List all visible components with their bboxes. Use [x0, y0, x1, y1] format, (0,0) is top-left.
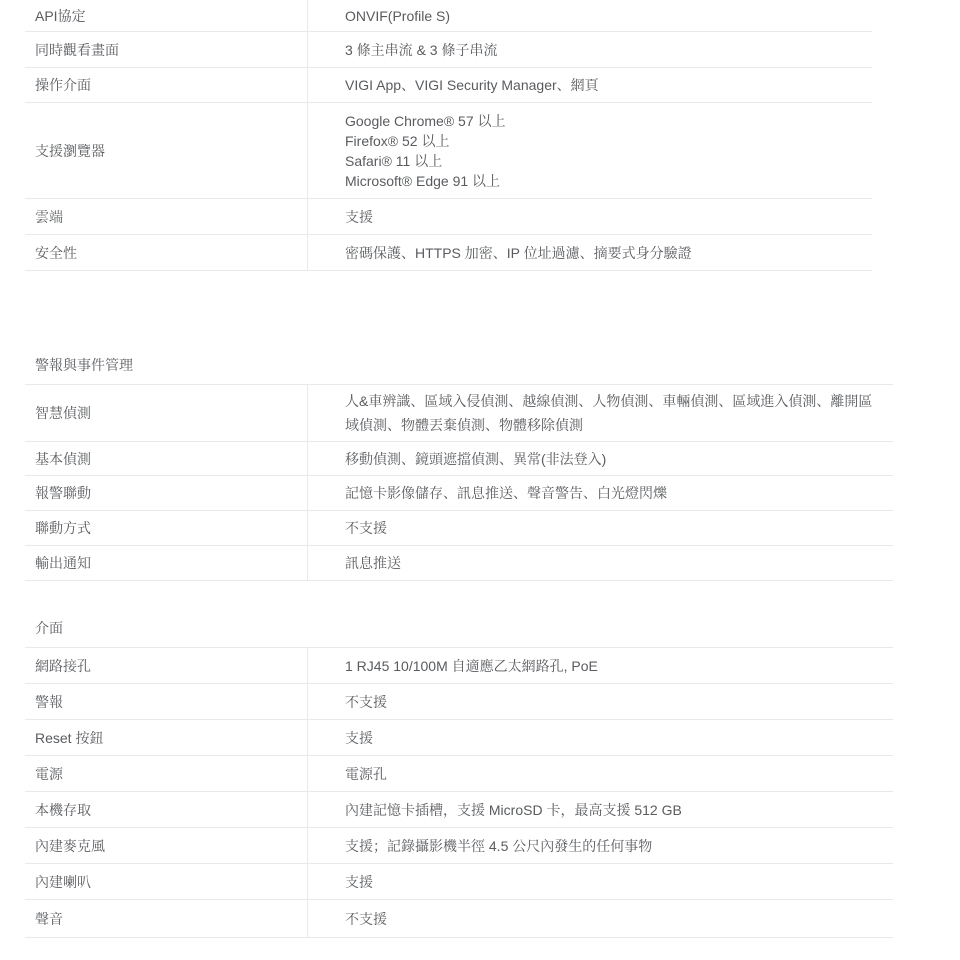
spec-value: 內建記憶卡插槽，支援 MicroSD 卡，最高支援 512 GB — [307, 792, 893, 827]
spec-value: 記憶卡影像儲存、訊息推送、聲音警告、白光燈閃爍 — [307, 476, 893, 510]
spec-row: 操作介面 VIGI App、VIGI Security Manager、網頁 — [25, 68, 872, 103]
spec-value: 移動偵測、鏡頭遮擋偵測、異常(非法登入) — [307, 442, 893, 475]
spec-row: 內建麥克風 支援；記錄攝影機半徑 4.5 公尺內發生的任何事物 — [25, 828, 893, 864]
spec-value: 支援 — [307, 720, 893, 755]
spec-value: 密碼保護、HTTPS 加密、IP 位址過濾、摘要式身分驗證 — [307, 235, 872, 270]
spec-table-system: API協定 ONVIF(Profile S) 同時觀看畫面 3 條主串流 & 3… — [25, 0, 872, 271]
spec-label: API協定 — [25, 0, 307, 31]
browser-line: Firefox® 52 以上 — [345, 131, 864, 151]
spec-value: 電源孔 — [307, 756, 893, 791]
spec-label: Reset 按鈕 — [25, 720, 307, 755]
spec-value: VIGI App、VIGI Security Manager、網頁 — [307, 68, 872, 102]
spec-value: 人&車辨識、區域入侵偵測、越線偵測、人物偵測、車輛偵測、區域進入偵測、離開區域偵… — [307, 385, 893, 441]
spec-label: 輸出通知 — [25, 546, 307, 580]
section-title-alarm-events: 警報與事件管理 — [25, 355, 893, 385]
spec-value: 不支援 — [307, 684, 893, 719]
spec-row: 電源 電源孔 — [25, 756, 893, 792]
spec-value: 支援 — [307, 199, 872, 234]
spec-label: 雲端 — [25, 199, 307, 234]
spec-row: 支援瀏覽器 Google Chrome® 57 以上 Firefox® 52 以… — [25, 103, 872, 199]
spec-value: 不支援 — [307, 900, 893, 937]
spec-value: 1 RJ45 10/100M 自適應乙太網路孔, PoE — [307, 648, 893, 683]
spec-value: ONVIF(Profile S) — [307, 0, 872, 31]
spec-row: 基本偵測 移動偵測、鏡頭遮擋偵測、異常(非法登入) — [25, 442, 893, 476]
browser-line: Microsoft® Edge 91 以上 — [345, 171, 864, 191]
spec-row: 智慧偵測 人&車辨識、區域入侵偵測、越線偵測、人物偵測、車輛偵測、區域進入偵測、… — [25, 385, 893, 442]
spec-label: 支援瀏覽器 — [25, 103, 307, 198]
spec-row: 本機存取 內建記憶卡插槽，支援 MicroSD 卡，最高支援 512 GB — [25, 792, 893, 828]
spec-value: 不支援 — [307, 511, 893, 545]
spec-label: 本機存取 — [25, 792, 307, 827]
spec-label: 安全性 — [25, 235, 307, 270]
section-title-interface: 介面 — [25, 618, 893, 648]
spec-label: 警報 — [25, 684, 307, 719]
spec-row: 內建喇叭 支援 — [25, 864, 893, 900]
spec-row: API協定 ONVIF(Profile S) — [25, 0, 872, 32]
spec-row: 安全性 密碼保護、HTTPS 加密、IP 位址過濾、摘要式身分驗證 — [25, 235, 872, 271]
spec-label: 操作介面 — [25, 68, 307, 102]
spec-page: API協定 ONVIF(Profile S) 同時觀看畫面 3 條主串流 & 3… — [0, 0, 960, 938]
spec-label: 報警聯動 — [25, 476, 307, 510]
browser-line: Safari® 11 以上 — [345, 151, 864, 171]
browser-line: Google Chrome® 57 以上 — [345, 111, 864, 131]
spec-row: 警報 不支援 — [25, 684, 893, 720]
spec-label: 聯動方式 — [25, 511, 307, 545]
spec-table-alarm-events: 智慧偵測 人&車辨識、區域入侵偵測、越線偵測、人物偵測、車輛偵測、區域進入偵測、… — [25, 385, 893, 581]
spec-label: 同時觀看畫面 — [25, 32, 307, 67]
spec-label: 智慧偵測 — [25, 385, 307, 441]
spec-row: 報警聯動 記憶卡影像儲存、訊息推送、聲音警告、白光燈閃爍 — [25, 476, 893, 511]
spec-row: 雲端 支援 — [25, 199, 872, 235]
spec-row: 聯動方式 不支援 — [25, 511, 893, 546]
spec-value: 訊息推送 — [307, 546, 893, 580]
spec-row: 同時觀看畫面 3 條主串流 & 3 條子串流 — [25, 32, 872, 68]
spec-row: Reset 按鈕 支援 — [25, 720, 893, 756]
spec-label: 聲音 — [25, 900, 307, 937]
spec-value: Google Chrome® 57 以上 Firefox® 52 以上 Safa… — [307, 103, 872, 198]
spec-label: 基本偵測 — [25, 442, 307, 475]
spec-label: 內建麥克風 — [25, 828, 307, 863]
spec-table-interface: 網路接孔 1 RJ45 10/100M 自適應乙太網路孔, PoE 警報 不支援… — [25, 648, 893, 938]
spec-label: 電源 — [25, 756, 307, 791]
spec-row: 聲音 不支援 — [25, 900, 893, 938]
spec-label: 網路接孔 — [25, 648, 307, 683]
spec-label: 內建喇叭 — [25, 864, 307, 899]
spec-value: 3 條主串流 & 3 條子串流 — [307, 32, 872, 67]
spec-value: 支援；記錄攝影機半徑 4.5 公尺內發生的任何事物 — [307, 828, 893, 863]
spec-row: 輸出通知 訊息推送 — [25, 546, 893, 581]
spec-value: 支援 — [307, 864, 893, 899]
spec-row: 網路接孔 1 RJ45 10/100M 自適應乙太網路孔, PoE — [25, 648, 893, 684]
